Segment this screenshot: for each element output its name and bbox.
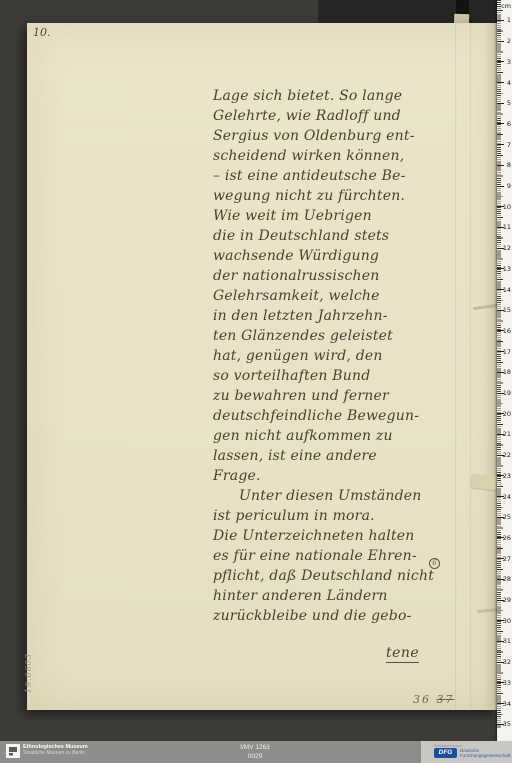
ruler-cm-number: 29 [503,596,511,604]
ruler-cm-number: 32 [503,658,511,666]
manuscript-line: hinter anderen Ländern [213,586,463,606]
ruler-cm-number: 18 [503,368,511,376]
ruler-cm-number: 5 [507,99,511,107]
ruler-cm-number: 1 [507,16,511,24]
manuscript-line: lassen, ist eine andere [213,446,463,466]
museum-subtitle: Staatliche Museen zu Berlin [23,750,88,756]
pencil-number-37-struck: 37 [437,693,455,706]
museum-logo-icon [6,744,20,758]
manuscript-line: der nationalrussischen [213,266,463,286]
ruler-cm-number: 30 [503,617,511,625]
pencil-page-numbers: 36 37 [413,693,455,706]
dfg-name: Deutsche Forschungsgemeinschaft [460,748,510,758]
manuscript-line: gen nicht aufkommen zu [213,426,463,446]
ruler-cm-number: 21 [503,430,511,438]
ruler-cm-tick [497,123,504,124]
ruler-cm-number: 34 [503,700,511,708]
ruler-cm-number: 19 [503,389,511,397]
dfg-name-line2: Forschungsgemeinschaft [460,753,510,758]
museum-text: Ethnologisches Museum Staatliche Museen … [23,744,88,756]
ruler-cm-number: 17 [503,348,511,356]
ruler-cm-number: 20 [503,410,511,418]
ruler-cm-number: 10 [503,203,511,211]
manuscript-line: Gelehrte, wie Radloff und [213,106,463,126]
ruler-cm-tick [497,144,504,145]
ruler-cm-number: 23 [503,472,511,480]
scan-photo: 10. Lage sich bietet. So langeGelehrte, … [0,0,512,763]
inventory-number: I/MV 1263 [215,744,295,752]
ruler-cm-tick [497,165,504,166]
ruler-cm-number: 6 [507,120,511,128]
ruler-cm-tick [497,20,504,21]
ruler-cm-number: 9 [507,182,511,190]
ruler-cm-number: 26 [503,534,511,542]
manuscript-text: Lage sich bietet. So langeGelehrte, wie … [213,86,463,626]
ruler-cm-number: 25 [503,513,511,521]
paper-crease [470,23,471,710]
manuscript-line: ten Glänzendes geleistet [213,326,463,346]
manuscript-line: zu bewahren und ferner [213,386,463,406]
ruler-cm-number: 28 [503,575,511,583]
ruler-cm-tick [497,186,504,187]
manuscript-line: die in Deutschland stets [213,226,463,246]
archive-number-vertical: 19.0603 [24,653,33,693]
ruler-cm-number: 33 [503,679,511,687]
ruler-cm-number: 12 [503,244,511,252]
insertion-mark-circled: 6 [429,558,440,569]
black-tab [456,0,469,15]
scan-number: 0029 [215,753,295,761]
ruler-cm-number: 7 [507,141,511,149]
ruler-unit-label: cm [501,2,511,10]
paper-edge-shadow [483,23,497,710]
ruler-cm-number: 22 [503,451,511,459]
footer-bar: Ethnologisches Museum Staatliche Museen … [0,741,512,763]
manuscript-line: ist periculum in mora. [213,506,463,526]
folio-number: 10. [33,26,51,39]
ruler-cm-tick [497,103,504,104]
ruler-cm-tick [497,41,504,42]
manuscript-line: – ist eine antideutsche Be- [213,166,463,186]
ruler-cm-number: 24 [503,493,511,501]
manuscript-page: 10. Lage sich bietet. So langeGelehrte, … [27,23,497,710]
manuscript-line: es für eine nationale Ehren- [213,546,463,566]
dfg-logo: DFG [434,748,457,758]
ruler-cm-number: 14 [503,286,511,294]
paper-tear [470,474,497,491]
ruler-cm-number: 15 [503,306,511,314]
manuscript-line: scheidend wirken können, [213,146,463,166]
ruler-cm-number: 27 [503,555,511,563]
ruler-cm-tick [497,61,504,62]
manuscript-line: Sergius von Oldenburg ent- [213,126,463,146]
ruler-cm-number: 31 [503,637,511,645]
manuscript-line: pflicht, daß Deutschland nicht [213,566,463,586]
manuscript-line: wachsende Würdigung [213,246,463,266]
background-shadow-band [318,0,498,25]
manuscript-line: Die Unterzeichneten halten [213,526,463,546]
dfg-section: Gefördert durch DFG Deutsche Forschungsg… [421,741,512,763]
manuscript-line: Frage. [213,466,463,486]
manuscript-line: in den letzten Jahrzehn- [213,306,463,326]
manuscript-line: zurückbleibe und die gebo- [213,606,463,626]
manuscript-line: Lage sich bietet. So lange [213,86,463,106]
ruler-cm-number: 13 [503,265,511,273]
manuscript-line: hat, genügen wird, den [213,346,463,366]
manuscript-line: deutschfeindliche Bewegun- [213,406,463,426]
ruler-cm-number: 2 [507,37,511,45]
manuscript-line: Unter diesen Umständen [213,486,463,506]
manuscript-line: wegung nicht zu fürchten. [213,186,463,206]
scan-codes: I/MV 1263 0029 [215,741,295,761]
ruler: cm 1234567891011121314151617181920212223… [497,0,512,741]
ruler-cm-number: 16 [503,327,511,335]
ruler-cm-number: 11 [503,223,511,231]
catchword: tene [386,645,419,663]
ruler-cm-tick [497,82,504,83]
ruler-cm-number: 35 [503,720,511,728]
ruler-cm-number: 8 [507,161,511,169]
pencil-number-36: 36 [413,693,431,706]
manuscript-line: Wie weit im Uebrigen [213,206,463,226]
ruler-cm-number: 3 [507,58,511,66]
manuscript-line: Gelehrsamkeit, welche [213,286,463,306]
manuscript-line: so vorteilhaften Bund [213,366,463,386]
ruler-cm-number: 4 [507,79,511,87]
